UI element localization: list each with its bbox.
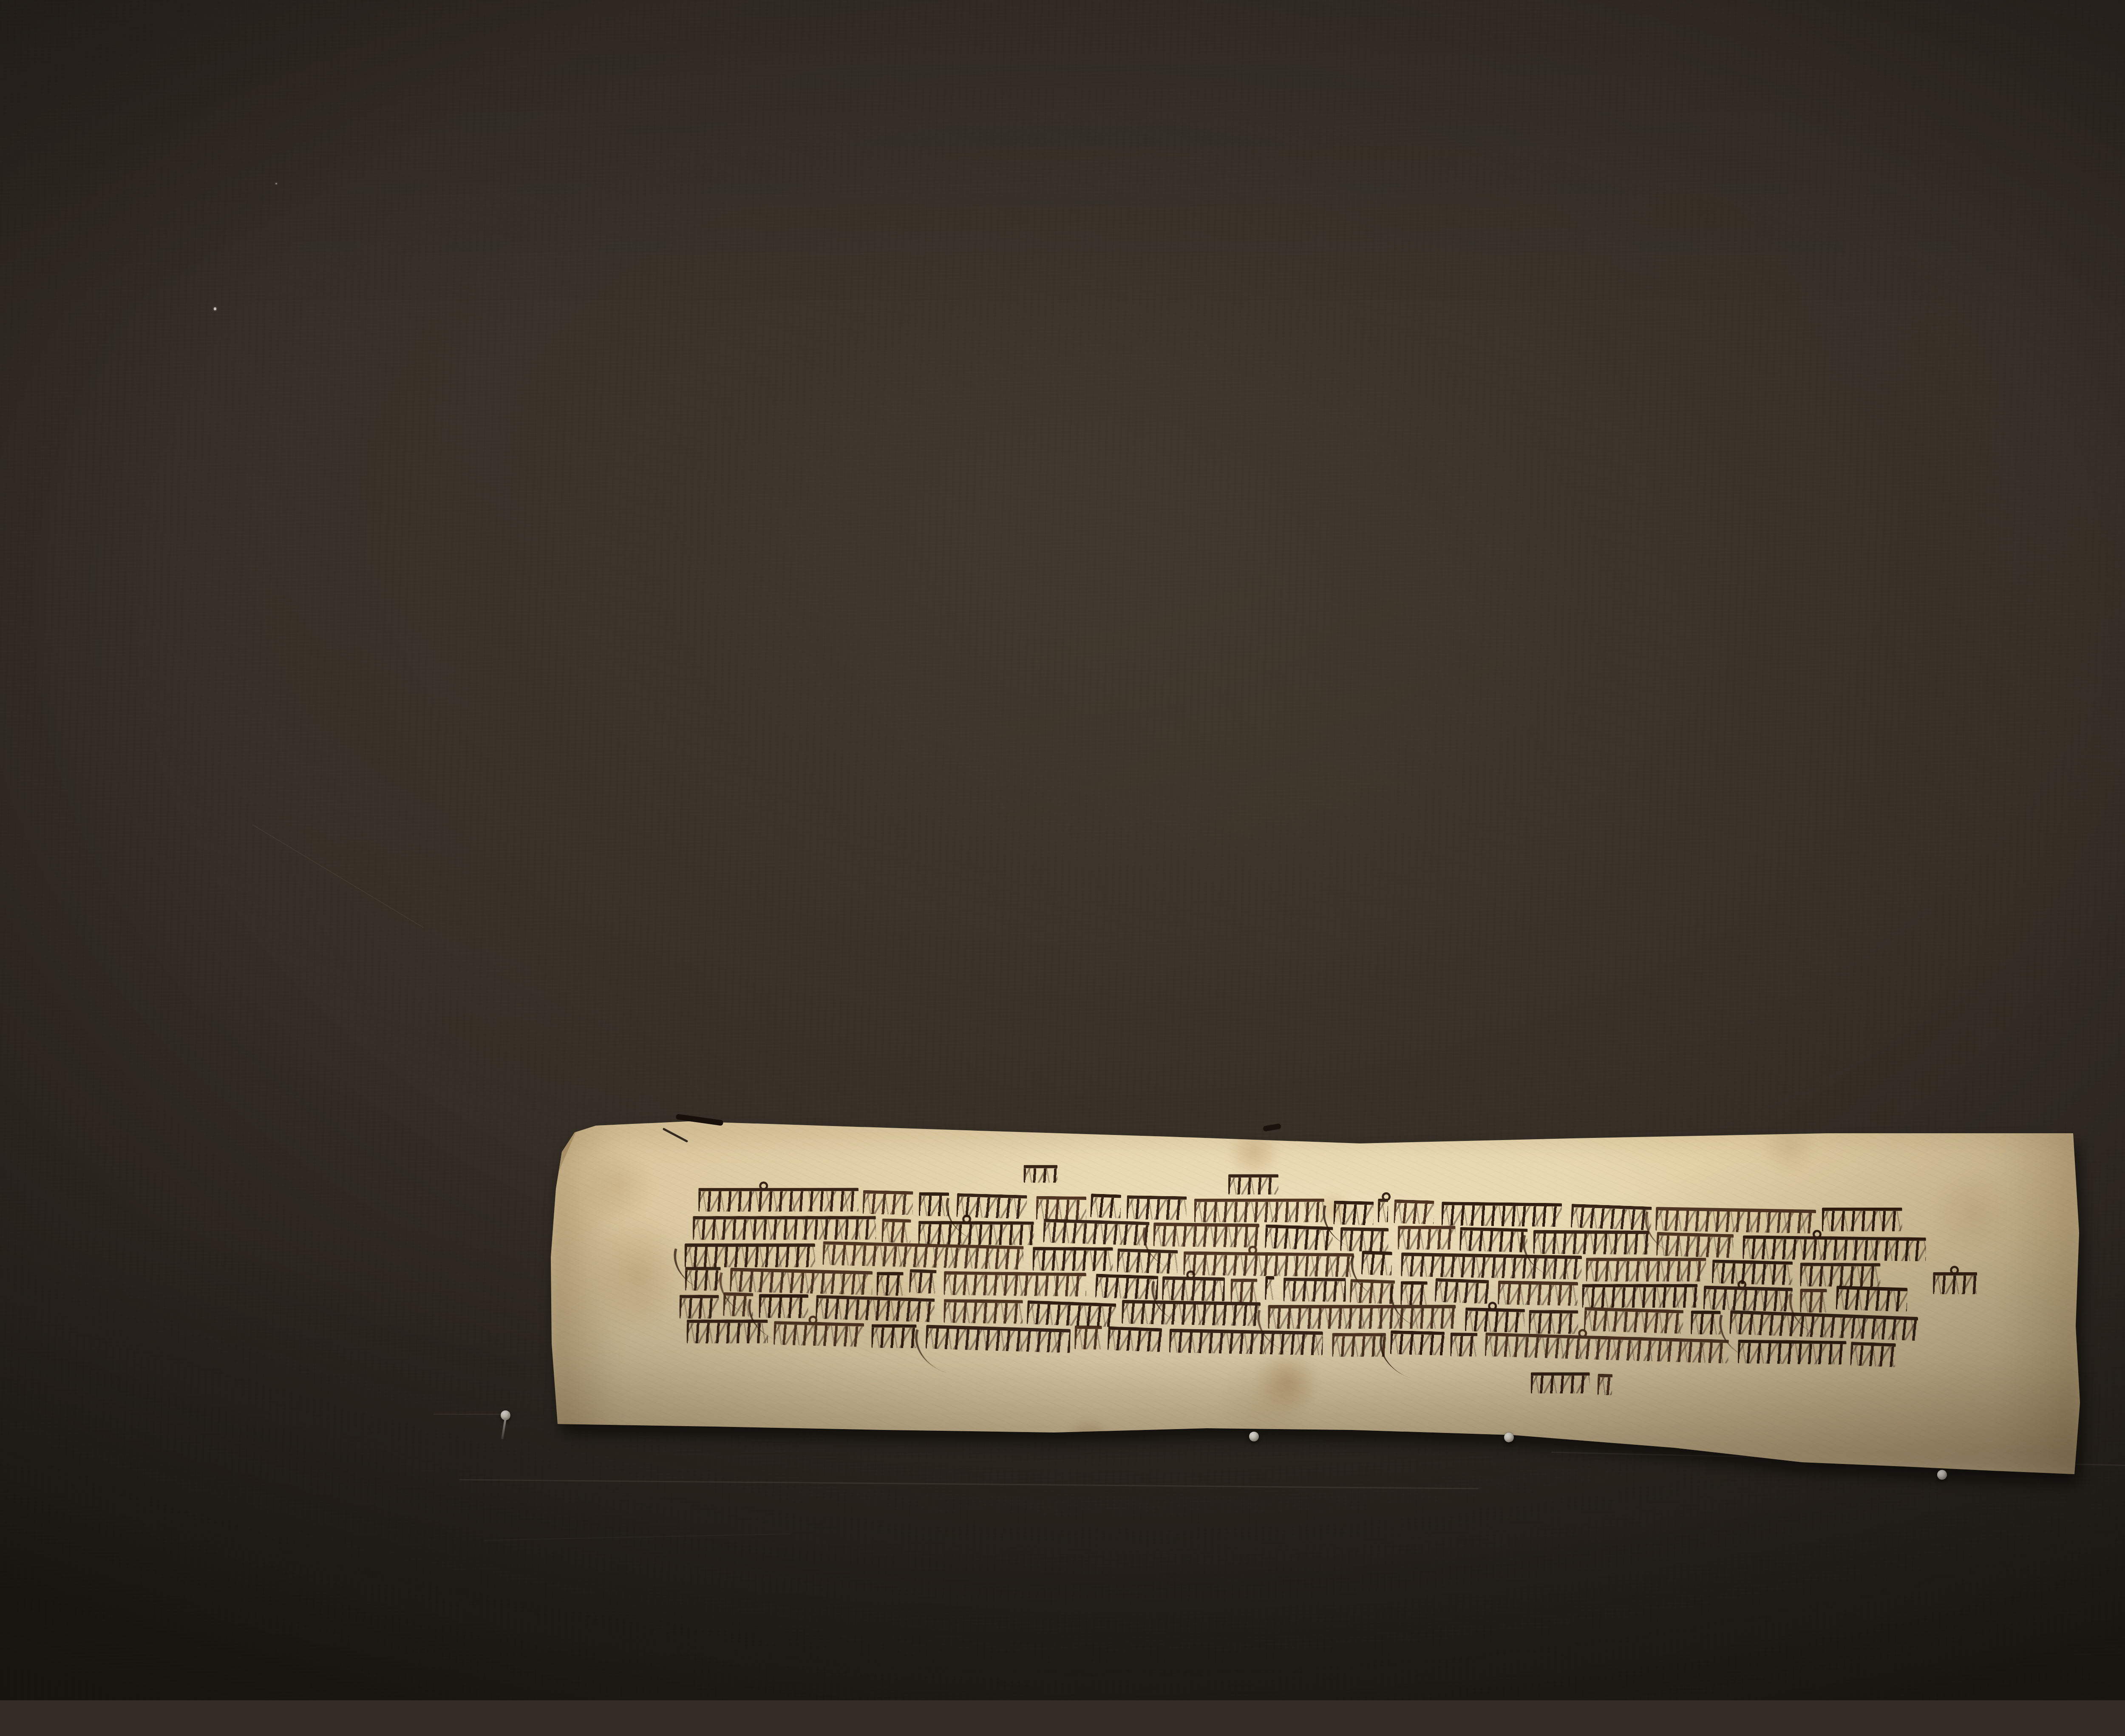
script-word bbox=[1390, 1330, 1445, 1356]
script-word bbox=[1194, 1198, 1324, 1222]
script-word bbox=[1265, 1224, 1333, 1251]
mounting-pin bbox=[1937, 1470, 1947, 1480]
script-word bbox=[1584, 1307, 1684, 1334]
script-word bbox=[816, 1295, 935, 1322]
script-word bbox=[759, 1294, 808, 1318]
script-word bbox=[1231, 1279, 1258, 1302]
script-word bbox=[1095, 1274, 1159, 1299]
invocation-mark: ঃ১ bbox=[1023, 1166, 1058, 1187]
script-word bbox=[685, 1243, 815, 1267]
script-word bbox=[1340, 1227, 1388, 1252]
script-word bbox=[1691, 1311, 1721, 1335]
script-word bbox=[698, 1188, 858, 1211]
script-word bbox=[1442, 1202, 1562, 1227]
mounting-pin bbox=[501, 1410, 510, 1420]
script-word bbox=[1036, 1196, 1087, 1220]
script-word bbox=[1033, 1247, 1113, 1271]
script-word bbox=[730, 1268, 873, 1295]
script-word bbox=[1531, 1372, 1590, 1393]
script-word bbox=[1571, 1204, 1652, 1231]
script-word bbox=[871, 1324, 916, 1348]
script-word bbox=[1435, 1278, 1489, 1304]
script-word bbox=[1127, 1195, 1187, 1220]
script-word bbox=[1850, 1342, 1896, 1367]
script-word bbox=[1265, 1276, 1274, 1300]
script-word bbox=[881, 1219, 911, 1243]
script-word bbox=[1183, 1251, 1354, 1277]
script-word bbox=[1074, 1325, 1102, 1350]
ink-layer: পাএমনুতানহমুাখাং শ্ররা বুঁ পৃমিবাঁ পত্রং… bbox=[0, 0, 2125, 1700]
script-word bbox=[1268, 1305, 1456, 1329]
script-word bbox=[1836, 1286, 1908, 1312]
script-word bbox=[1800, 1262, 1880, 1287]
script-word bbox=[822, 1241, 1023, 1270]
script-word bbox=[1361, 1251, 1392, 1276]
short-line: আন্ন ২ bbox=[1530, 1372, 1612, 1397]
script-word bbox=[1162, 1276, 1225, 1302]
script-word bbox=[1043, 1219, 1150, 1245]
script-word bbox=[1400, 1281, 1428, 1305]
script-word bbox=[1597, 1374, 1612, 1396]
script-word bbox=[918, 1221, 1034, 1245]
script-word bbox=[1027, 1300, 1116, 1328]
script-word bbox=[1529, 1310, 1578, 1334]
script-word bbox=[1401, 1253, 1582, 1280]
script-word bbox=[1378, 1199, 1388, 1223]
script-word bbox=[1450, 1333, 1477, 1356]
script-word bbox=[863, 1190, 913, 1215]
script-word bbox=[773, 1321, 864, 1347]
script-word bbox=[1800, 1289, 1827, 1313]
script-word bbox=[943, 1299, 1023, 1324]
script-word bbox=[1023, 1165, 1057, 1183]
script-word bbox=[1228, 1174, 1278, 1194]
script-word bbox=[1933, 1272, 1977, 1294]
script-word bbox=[1703, 1286, 1793, 1312]
script-word bbox=[1332, 1333, 1386, 1357]
script-word bbox=[680, 1295, 719, 1319]
photo-backdrop: পাএমনুতানহমুাখাং শ্ররা বুঁ পৃমিবাঁ পত্রং… bbox=[0, 0, 2125, 1700]
script-word bbox=[1822, 1208, 1902, 1231]
script-word bbox=[1533, 1230, 1649, 1255]
script-word bbox=[1582, 1284, 1698, 1308]
script-word bbox=[1738, 1339, 1847, 1364]
script-word bbox=[1459, 1227, 1527, 1253]
mounting-pin bbox=[1249, 1432, 1259, 1441]
script-word bbox=[1169, 1329, 1323, 1355]
script-word bbox=[943, 1271, 1086, 1296]
script-word bbox=[1655, 1207, 1816, 1234]
mounting-pin bbox=[1504, 1432, 1514, 1442]
script-word bbox=[1742, 1235, 1926, 1261]
script-word bbox=[687, 1319, 768, 1343]
script-word bbox=[1122, 1300, 1261, 1326]
script-word bbox=[1498, 1281, 1578, 1306]
folio-number: ২৩ bbox=[1933, 1274, 1978, 1299]
script-word bbox=[1153, 1223, 1260, 1248]
script-word bbox=[919, 1192, 949, 1216]
script-word bbox=[877, 1272, 904, 1296]
script-word bbox=[1090, 1194, 1121, 1219]
script-word bbox=[1117, 1248, 1178, 1274]
script-word bbox=[1656, 1232, 1734, 1258]
script-word bbox=[1712, 1259, 1793, 1285]
invocation-mark: ৠ১ bbox=[1228, 1173, 1279, 1197]
script-word bbox=[685, 1267, 721, 1291]
script-word bbox=[1333, 1200, 1374, 1225]
script-word bbox=[1350, 1279, 1395, 1304]
script-word bbox=[909, 1269, 937, 1294]
script-word bbox=[926, 1325, 1071, 1353]
script-word bbox=[1394, 1200, 1434, 1225]
script-word bbox=[693, 1216, 876, 1240]
script-word bbox=[1283, 1278, 1346, 1302]
script-word bbox=[1465, 1308, 1525, 1333]
script-word bbox=[1108, 1326, 1162, 1352]
script-word bbox=[1398, 1226, 1456, 1250]
script-word bbox=[1586, 1258, 1706, 1282]
